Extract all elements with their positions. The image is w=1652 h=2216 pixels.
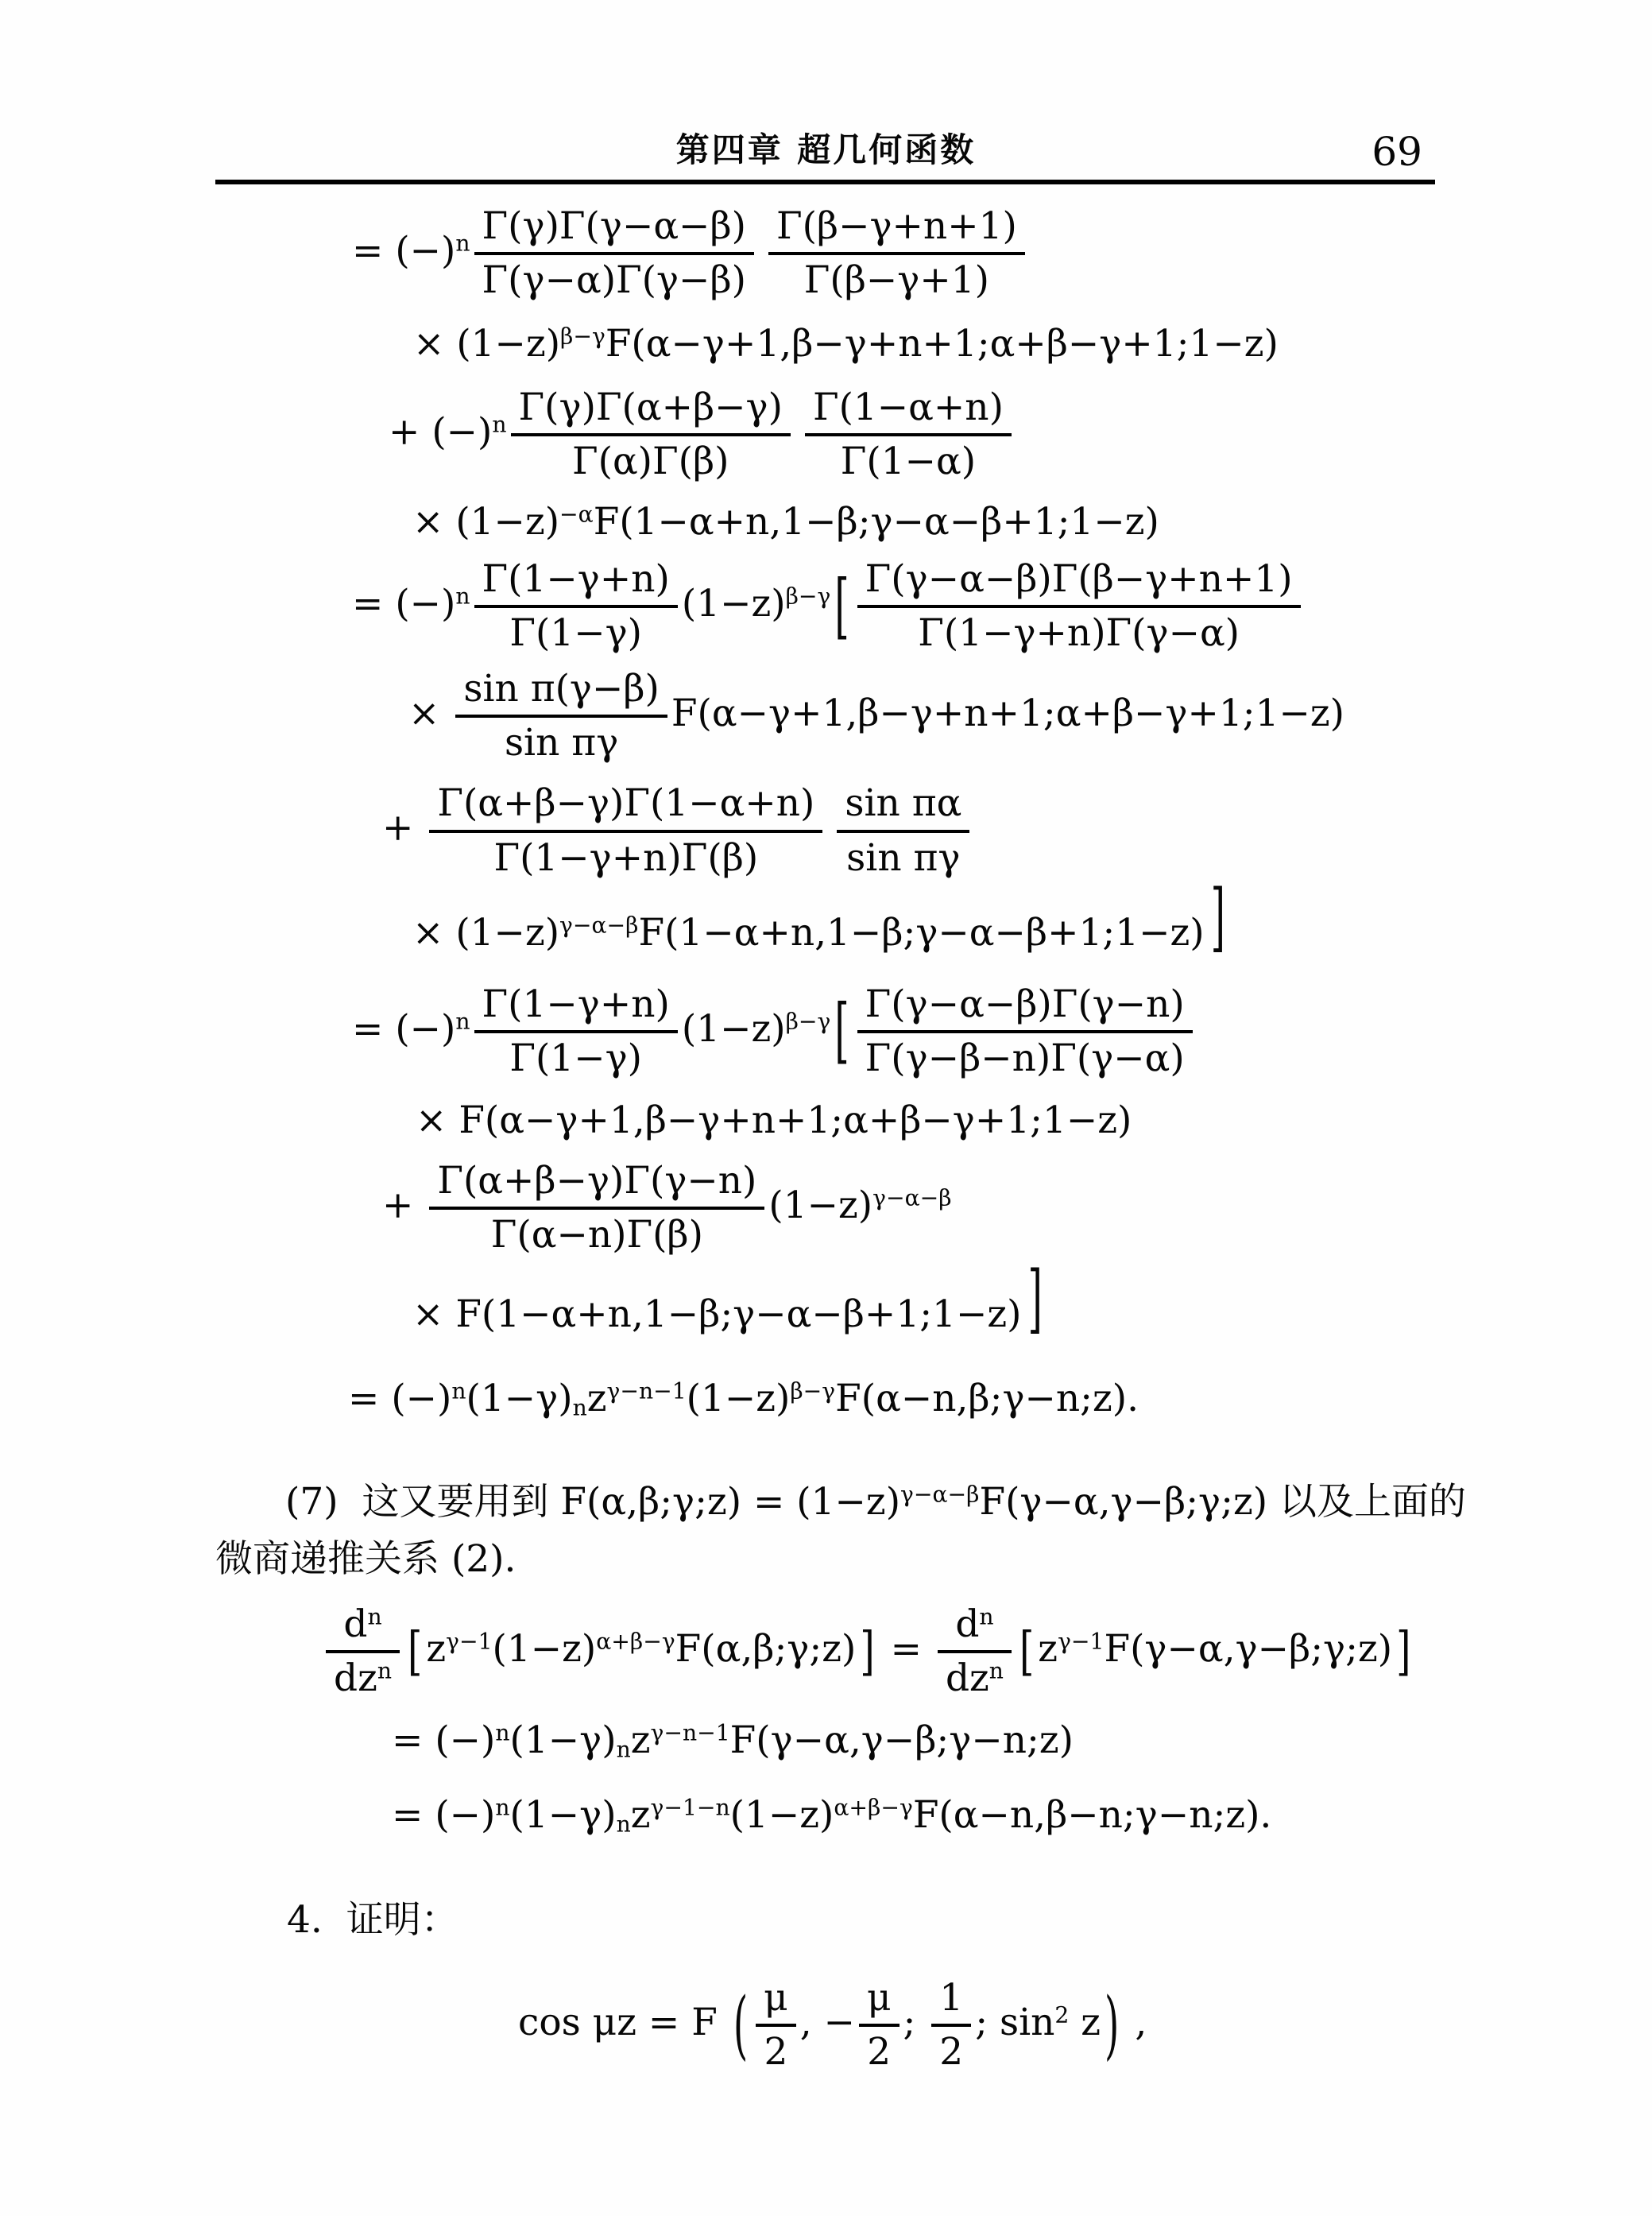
numerator: sin π(γ−β) bbox=[455, 668, 667, 715]
eq-block4-line4: × F(1−α+n,1−β;γ−α−β+1;1−z)] bbox=[215, 1293, 1652, 1336]
denominator: dzn bbox=[326, 1650, 400, 1700]
text-run: (1−z) bbox=[687, 1377, 791, 1420]
text-run: d bbox=[343, 1602, 367, 1646]
text-run: = bbox=[879, 1627, 934, 1671]
text-run: μ bbox=[867, 1976, 892, 2020]
text-run: Γ(α+β−γ)Γ(γ−n) bbox=[437, 1159, 756, 1203]
text-run: d bbox=[955, 1602, 979, 1646]
numerator: Γ(γ)Γ(α+β−γ) bbox=[511, 386, 791, 433]
text-run: z bbox=[631, 1718, 651, 1762]
eq-cos-formula: cos μz = F (μ2, −μ2; 12; sin2 z) , bbox=[215, 1977, 1652, 2074]
numerator: Γ(β−γ+n+1) bbox=[768, 205, 1025, 252]
fraction: Γ(1−γ+n)Γ(1−γ) bbox=[474, 983, 678, 1080]
denominator: dzn bbox=[938, 1650, 1012, 1700]
text-run: sin πα bbox=[845, 781, 961, 825]
text-run: F(α−n,β;γ−n;z). bbox=[835, 1377, 1139, 1420]
fraction: Γ(γ−α−β)Γ(β−γ+n+1)Γ(1−γ+n)Γ(γ−α) bbox=[857, 558, 1301, 655]
text-run: sin πγ bbox=[846, 836, 960, 880]
numerator: Γ(1−γ+n) bbox=[474, 983, 678, 1030]
eq-block1-line1: = (−)nΓ(γ)Γ(γ−α−β)Γ(γ−α)Γ(γ−β)Γ(β−γ+n+1)… bbox=[215, 205, 1652, 302]
denominator: sin πγ bbox=[837, 830, 969, 880]
denominator: 2 bbox=[756, 2024, 796, 2074]
text-run: dz bbox=[946, 1656, 989, 1700]
text-run: , − bbox=[800, 2001, 855, 2044]
numerator: Γ(1−γ+n) bbox=[474, 558, 678, 605]
big-bracket: ) bbox=[1105, 1988, 1119, 2063]
text-run: F(α,β;γ;z) bbox=[675, 1627, 857, 1671]
superscript: α+β−γ bbox=[596, 1629, 675, 1655]
text-run: Γ(γ−β−n)Γ(γ−α) bbox=[865, 1036, 1185, 1080]
text-run: F(α−n,β−n;γ−n;z). bbox=[913, 1793, 1272, 1837]
eq-block1-line2: × (1−z)β−γF(α−γ+1,β−γ+n+1;α+β−γ+1;1−z) bbox=[215, 323, 1652, 366]
superscript: β−γ bbox=[786, 583, 831, 610]
superscript: n bbox=[989, 1658, 1004, 1684]
text-run: Γ(1−γ) bbox=[509, 611, 642, 655]
big-bracket: ] bbox=[1396, 1625, 1410, 1678]
fraction: Γ(1−α+n)Γ(1−α) bbox=[805, 386, 1012, 483]
text-run: 2 bbox=[867, 2030, 891, 2074]
text-run: × F(α−γ+1,β−γ+n+1;α+β−γ+1;1−z) bbox=[416, 1098, 1132, 1142]
denominator: Γ(α−n)Γ(β) bbox=[429, 1207, 764, 1257]
denominator: Γ(β−γ+1) bbox=[768, 252, 1025, 302]
superscript: −α bbox=[559, 502, 594, 528]
superscript: β−γ bbox=[786, 1008, 831, 1034]
text-run: (1−γ) bbox=[510, 1718, 617, 1762]
text-run: Γ(1−γ+n)Γ(γ−α) bbox=[918, 611, 1240, 655]
eq-block2-line1: + (−)nΓ(γ)Γ(α+β−γ)Γ(α)Γ(β)Γ(1−α+n)Γ(1−α) bbox=[215, 386, 1652, 483]
numerator: μ bbox=[859, 1977, 900, 2024]
page-number: 69 bbox=[1372, 132, 1422, 172]
eq-block4-line1: = (−)nΓ(1−γ+n)Γ(1−γ)(1−z)β−γ[Γ(γ−α−β)Γ(γ… bbox=[215, 983, 1652, 1080]
numerator: Γ(γ)Γ(γ−α−β) bbox=[474, 205, 754, 252]
fraction: Γ(α+β−γ)Γ(γ−n)Γ(α−n)Γ(β) bbox=[429, 1160, 764, 1257]
fraction: μ2 bbox=[859, 1977, 900, 2074]
text-run: Γ(γ)Γ(α+β−γ) bbox=[519, 385, 783, 429]
text-run: = (−) bbox=[352, 582, 455, 626]
denominator: Γ(α)Γ(β) bbox=[511, 433, 791, 483]
text-run: z bbox=[1069, 2001, 1101, 2044]
fraction: Γ(γ)Γ(α+β−γ)Γ(α)Γ(β) bbox=[511, 386, 791, 483]
subscript: n bbox=[573, 1395, 587, 1421]
big-bracket: [ bbox=[834, 996, 849, 1067]
eq-block2-line2: × (1−z)−αF(1−α+n,1−β;γ−α−β+1;1−z) bbox=[215, 501, 1652, 544]
text-run: (1−z) bbox=[682, 582, 786, 626]
numerator: Γ(γ−α−β)Γ(γ−n) bbox=[857, 983, 1193, 1030]
text-run: 1 bbox=[939, 1976, 963, 2020]
text-run: Γ(1−γ+n) bbox=[482, 557, 670, 601]
text-run: Γ(β−γ+n+1) bbox=[776, 204, 1017, 248]
text-run: z bbox=[426, 1627, 446, 1671]
text-run: F(γ−α,γ−β;γ;z) 以及上面的 bbox=[979, 1480, 1466, 1524]
text-run: × (1−z) bbox=[412, 500, 559, 544]
subscript: n bbox=[617, 1811, 631, 1838]
text-run: = (−) bbox=[352, 229, 455, 273]
text-run: F(1−α+n,1−β;γ−α−β+1;1−z) bbox=[638, 911, 1204, 955]
text-run: cos μz = F bbox=[518, 2001, 729, 2044]
eq-derivative-line1: dndzn[zγ−1(1−z)α+β−γF(α,β;γ;z)] = dndzn[… bbox=[215, 1603, 1652, 1700]
superscript: n bbox=[451, 1377, 466, 1404]
text-run: + bbox=[382, 1184, 425, 1227]
text-run: × F(1−α+n,1−β;γ−α−β+1;1−z) bbox=[412, 1292, 1021, 1336]
text-run: Γ(1−γ+n)Γ(β) bbox=[493, 836, 758, 880]
superscript: n bbox=[495, 1795, 509, 1821]
numerator: Γ(α+β−γ)Γ(1−α+n) bbox=[429, 782, 822, 829]
text-run: , bbox=[1123, 2001, 1147, 2044]
eq-block3-line4: × (1−z)γ−α−βF(1−α+n,1−β;γ−α−β+1;1−z)] bbox=[215, 912, 1652, 955]
text-run: F(α−γ+1,β−γ+n+1;α+β−γ+1;1−z) bbox=[671, 692, 1344, 735]
text-run: + (−) bbox=[389, 410, 492, 454]
superscript: 2 bbox=[1054, 2002, 1069, 2028]
text-run: Γ(α+β−γ)Γ(1−α+n) bbox=[437, 781, 814, 825]
big-bracket: ] bbox=[1211, 880, 1225, 955]
text-run: Γ(1−α) bbox=[841, 440, 976, 483]
text-run: Γ(γ−α)Γ(γ−β) bbox=[482, 258, 746, 302]
page-header: 第四章 超几何函数 69 bbox=[0, 0, 1652, 167]
numerator: Γ(γ−α−β)Γ(β−γ+n+1) bbox=[857, 558, 1301, 605]
eq-derivative-line3: = (−)n(1−γ)nzγ−1−n(1−z)α+β−γF(α−n,β−n;γ−… bbox=[215, 1794, 1652, 1837]
text-run: 2 bbox=[764, 2030, 787, 2074]
text-run: z bbox=[587, 1377, 607, 1420]
denominator: 2 bbox=[859, 2024, 900, 2074]
superscript: γ−1 bbox=[1058, 1629, 1104, 1655]
text-run: (1−γ) bbox=[466, 1377, 573, 1420]
text-run: × (1−z) bbox=[412, 911, 559, 955]
text-run: Γ(α)Γ(β) bbox=[572, 440, 729, 483]
eq-block3-line2: × sin π(γ−β)sin πγF(α−γ+1,β−γ+n+1;α+β−γ+… bbox=[215, 668, 1652, 765]
text-run: (1−z) bbox=[730, 1793, 834, 1837]
text-run: Γ(α−n)Γ(β) bbox=[491, 1213, 703, 1257]
text-run: = (−) bbox=[352, 1007, 455, 1051]
superscript: n bbox=[377, 1658, 392, 1684]
denominator: Γ(1−α) bbox=[805, 433, 1012, 483]
numerator: 1 bbox=[931, 1977, 971, 2024]
eq-block3-line1: = (−)nΓ(1−γ+n)Γ(1−γ)(1−z)β−γ[Γ(γ−α−β)Γ(β… bbox=[215, 558, 1652, 655]
numerator: sin πα bbox=[837, 782, 969, 829]
text-run: dz bbox=[334, 1656, 377, 1700]
denominator: Γ(1−γ) bbox=[474, 1030, 678, 1080]
section-4-heading: 4. 证明： bbox=[215, 1899, 1652, 1942]
superscript: n bbox=[455, 1008, 470, 1034]
text-run: sin πγ bbox=[505, 721, 618, 765]
fraction: Γ(γ−α−β)Γ(γ−n)Γ(γ−β−n)Γ(γ−α) bbox=[857, 983, 1193, 1080]
text-run: Γ(γ−α−β)Γ(γ−n) bbox=[865, 982, 1185, 1026]
fraction: sin π(γ−β)sin πγ bbox=[455, 668, 667, 765]
fraction: sin παsin πγ bbox=[837, 782, 969, 879]
eq-block4-line3: + Γ(α+β−γ)Γ(γ−n)Γ(α−n)Γ(β)(1−z)γ−α−β bbox=[215, 1160, 1652, 1257]
text-run: Γ(1−γ) bbox=[509, 1036, 642, 1080]
superscript: n bbox=[367, 1604, 381, 1630]
text-run: μ bbox=[764, 1976, 788, 2020]
numerator: μ bbox=[756, 1977, 796, 2024]
text-run: (1−γ) bbox=[510, 1793, 617, 1837]
fraction: Γ(1−γ+n)Γ(1−γ) bbox=[474, 558, 678, 655]
text-run: + bbox=[382, 807, 425, 850]
text-run: Γ(γ−α−β)Γ(β−γ+n+1) bbox=[865, 557, 1293, 601]
big-bracket: [ bbox=[834, 571, 849, 642]
paragraph-7-line2: 微商递推关系 (2). bbox=[215, 1538, 1652, 1581]
eq-block4-line2: × F(α−γ+1,β−γ+n+1;α+β−γ+1;1−z) bbox=[215, 1099, 1652, 1142]
superscript: γ−1−n bbox=[651, 1795, 730, 1821]
math-content: = (−)nΓ(γ)Γ(γ−α−β)Γ(γ−α)Γ(γ−β)Γ(β−γ+n+1)… bbox=[215, 205, 1652, 2074]
numerator: dn bbox=[938, 1603, 1012, 1650]
denominator: Γ(1−γ+n)Γ(γ−α) bbox=[857, 605, 1301, 655]
numerator: Γ(α+β−γ)Γ(γ−n) bbox=[429, 1160, 764, 1207]
numerator: dn bbox=[326, 1603, 400, 1650]
text-run: Γ(1−γ+n) bbox=[482, 982, 670, 1026]
text-run: × (1−z) bbox=[413, 322, 560, 366]
eq-derivative-line2: = (−)n(1−γ)nzγ−n−1F(γ−α,γ−β;γ−n;z) bbox=[215, 1719, 1652, 1762]
big-bracket: [ bbox=[1019, 1625, 1034, 1678]
fraction: Γ(γ)Γ(γ−α−β)Γ(γ−α)Γ(γ−β) bbox=[474, 205, 754, 302]
superscript: β−γ bbox=[790, 1377, 835, 1404]
text-run: F(α−γ+1,β−γ+n+1;α+β−γ+1;1−z) bbox=[605, 322, 1279, 366]
text-run: = (−) bbox=[392, 1793, 495, 1837]
text-run: = (−) bbox=[348, 1377, 451, 1420]
eq-block3-line3: + Γ(α+β−γ)Γ(1−α+n)Γ(1−γ+n)Γ(β)sin παsin … bbox=[215, 782, 1652, 879]
fraction: Γ(α+β−γ)Γ(1−α+n)Γ(1−γ+n)Γ(β) bbox=[429, 782, 822, 879]
superscript: γ−α−β bbox=[559, 912, 638, 938]
superscript: β−γ bbox=[560, 323, 605, 350]
fraction: Γ(β−γ+n+1)Γ(β−γ+1) bbox=[768, 205, 1025, 302]
text-run: ; bbox=[903, 2001, 928, 2044]
text-run: (7) 这又要用到 F(α,β;γ;z) = (1−z) bbox=[285, 1480, 900, 1524]
text-run: = (−) bbox=[392, 1718, 495, 1762]
superscript: γ−α−β bbox=[872, 1184, 951, 1211]
denominator: Γ(1−γ) bbox=[474, 605, 678, 655]
denominator: Γ(γ−β−n)Γ(γ−α) bbox=[857, 1030, 1193, 1080]
text-run: (1−z) bbox=[768, 1184, 872, 1227]
text-run: (1−z) bbox=[493, 1627, 597, 1671]
numerator: Γ(1−α+n) bbox=[805, 386, 1012, 433]
denominator: Γ(γ−α)Γ(γ−β) bbox=[474, 252, 754, 302]
big-bracket: ] bbox=[860, 1625, 874, 1678]
text-run: z bbox=[1038, 1627, 1058, 1671]
superscript: n bbox=[455, 231, 470, 257]
fraction: dndzn bbox=[326, 1603, 400, 1700]
text-run: Γ(1−α+n) bbox=[813, 385, 1004, 429]
fraction: 12 bbox=[931, 1977, 971, 2074]
superscript: n bbox=[495, 1720, 509, 1746]
text-run: 2 bbox=[939, 2030, 963, 2074]
text-run: (1−z) bbox=[682, 1007, 786, 1051]
big-bracket: [ bbox=[408, 1625, 422, 1678]
text-run: F(1−α+n,1−β;γ−α−β+1;1−z) bbox=[594, 500, 1159, 544]
superscript: α+β−γ bbox=[834, 1795, 912, 1821]
superscript: n bbox=[492, 412, 506, 438]
superscript: γ−1 bbox=[446, 1629, 492, 1655]
text-run: Γ(γ)Γ(γ−α−β) bbox=[482, 204, 746, 248]
denominator: 2 bbox=[931, 2024, 971, 2074]
text-run: F(γ−α,γ−β;γ;z) bbox=[1104, 1627, 1392, 1671]
subscript: n bbox=[617, 1737, 631, 1763]
denominator: Γ(1−γ+n)Γ(β) bbox=[429, 830, 822, 880]
paragraph-7-line1: (7) 这又要用到 F(α,β;γ;z) = (1−z)γ−α−βF(γ−α,γ… bbox=[215, 1481, 1652, 1524]
header-rule bbox=[215, 180, 1435, 184]
superscript: γ−n−1 bbox=[607, 1377, 687, 1404]
eq-result-line: = (−)n(1−γ)nzγ−n−1(1−z)β−γF(α−n,β;γ−n;z)… bbox=[215, 1377, 1652, 1420]
text-run: z bbox=[631, 1793, 651, 1837]
denominator: sin πγ bbox=[455, 715, 667, 765]
text-run: Γ(β−γ+1) bbox=[804, 258, 989, 302]
big-bracket: ] bbox=[1027, 1262, 1042, 1337]
text-run: F(γ−α,γ−β;γ−n;z) bbox=[730, 1718, 1074, 1762]
text-run: 4. 证明： bbox=[287, 1898, 458, 1942]
text-run: sin π(γ−β) bbox=[463, 667, 660, 711]
text-run: × bbox=[408, 692, 451, 735]
big-bracket: ( bbox=[733, 1988, 748, 2063]
superscript: γ−n−1 bbox=[651, 1720, 730, 1746]
superscript: n bbox=[979, 1604, 993, 1630]
fraction: μ2 bbox=[756, 1977, 796, 2074]
superscript: n bbox=[455, 583, 470, 610]
superscript: γ−α−β bbox=[900, 1481, 979, 1507]
text-run: ; sin bbox=[975, 2001, 1054, 2044]
fraction: dndzn bbox=[938, 1603, 1012, 1700]
book-page: 第四章 超几何函数 69 = (−)nΓ(γ)Γ(γ−α−β)Γ(γ−α)Γ(γ… bbox=[0, 0, 1652, 2216]
text-run: 微商递推关系 (2). bbox=[215, 1537, 516, 1581]
